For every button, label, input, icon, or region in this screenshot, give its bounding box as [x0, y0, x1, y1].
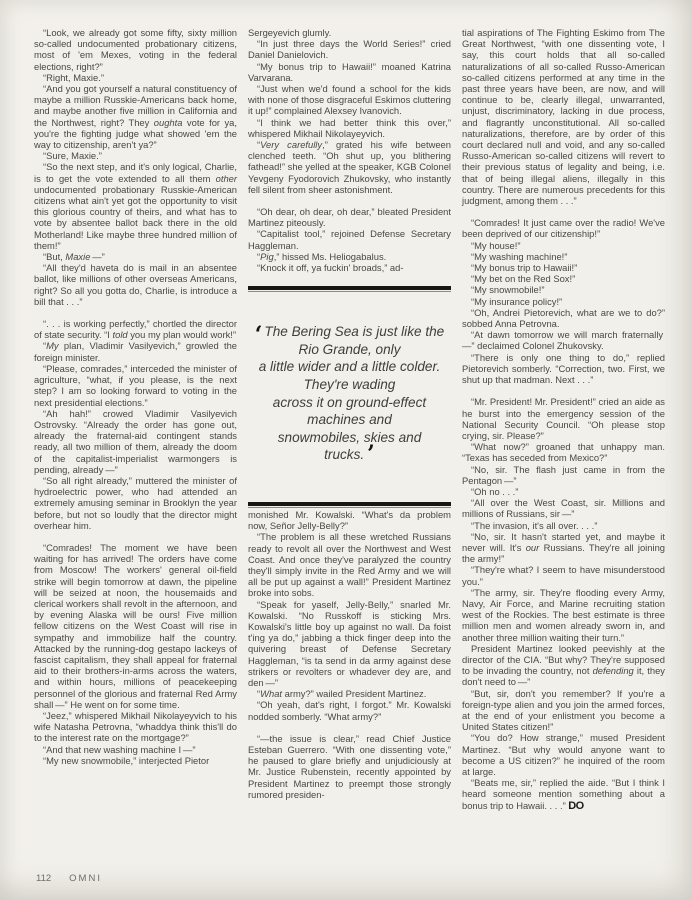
paragraph: “My house!”: [462, 240, 665, 251]
paragraph: “My bonus trip to Hawaii!”: [462, 262, 665, 273]
paragraph: “Mr. President! Mr. President!” cried an…: [462, 396, 665, 441]
left-column: “Look, we already got some fifty, sixty …: [34, 27, 237, 812]
pull-quote-line: across it on ground-effect: [250, 394, 449, 412]
paragraph: “My snowmobile!”: [462, 284, 665, 295]
paragraph: “My new snowmobile,” interjected Pietor: [34, 755, 237, 766]
paragraph: “Oh, Andrei Pietorevich, what are we to …: [462, 307, 665, 329]
paragraph: President Martinez looked peevishly at t…: [462, 643, 665, 688]
paragraph: “What now?” groaned that unhappy man. “T…: [462, 441, 665, 463]
magazine-name: OMNI: [69, 873, 102, 884]
paragraph: “And you got yourself a natural constitu…: [34, 83, 237, 150]
middle-column: Sergeyevich glumly.“In just three days t…: [248, 27, 451, 812]
paragraph: “I think we had better think this over,”…: [248, 117, 451, 139]
paragraph: “Knock it off, ya fuckin' broads,” ad-: [248, 262, 451, 273]
paragraph: “The problem is all these wretched Russi…: [248, 531, 451, 598]
paragraph: “Please, comrades,” interceded the minis…: [34, 363, 237, 408]
paragraph: “Look, we already got some fifty, sixty …: [34, 27, 237, 72]
paragraph: “My bet on the Red Sox!”: [462, 273, 665, 284]
paragraph: “Oh dear, oh dear, oh dear,” bleated Pre…: [248, 206, 451, 228]
pull-quote-line: ‘The Bering Sea is just like the: [250, 323, 449, 341]
paragraph: “In just three days the World Series!” c…: [248, 38, 451, 60]
paragraph: “Ah hah!” crowed Vladimir Vasilyevich Os…: [34, 408, 237, 475]
pull-quote-line: Rio Grande, only: [250, 341, 449, 359]
paragraph: “Sure, Maxie.”: [34, 150, 237, 161]
open-quote-icon: ‘: [255, 322, 263, 348]
paragraph: “They're what? I seem to have misunderst…: [462, 564, 665, 586]
paragraph: “My insurance policy!”: [462, 296, 665, 307]
middle-column-bottom-text: monished Mr. Kowalski. “What's da proble…: [248, 509, 451, 800]
paragraph: “So all right already,” muttered the min…: [34, 475, 237, 531]
paragraph: monished Mr. Kowalski. “What's da proble…: [248, 509, 451, 531]
paragraph: “Oh yeah, dat's right, I forgot.” Mr. Ko…: [248, 699, 451, 721]
right-column: tial aspirations of The Fighting Eskimo …: [462, 27, 665, 812]
paragraph: “Comrades! It just came over the radio! …: [462, 217, 665, 239]
paragraph: “Very carefully,” grated his wife betwee…: [248, 139, 451, 195]
paragraph: “There is only one thing to do,” replied…: [462, 352, 665, 386]
paragraph: “The army, sir. They're flooding every A…: [462, 587, 665, 643]
paragraph: “What army?” wailed President Martinez.: [248, 688, 451, 699]
paragraph: tial aspirations of The Fighting Eskimo …: [462, 27, 665, 206]
page-footer: 112 OMNI: [36, 873, 102, 884]
pull-quote: ‘The Bering Sea is just like theRio Gran…: [248, 293, 451, 502]
text-columns: “Look, we already got some fifty, sixty …: [0, 0, 692, 812]
pull-quote-line: a little wider and a little colder.: [250, 358, 449, 376]
paragraph: “All over the West Coast, sir. Millions …: [462, 497, 665, 519]
paragraph: “—the issue is clear,” read Chief Justic…: [248, 733, 451, 800]
paragraph: “The invasion, it's all over. . . .”: [462, 520, 665, 531]
paragraph: “But, Maxie —”: [34, 251, 237, 262]
paragraph: Sergeyevich glumly.: [248, 27, 451, 38]
close-quote-icon: ’: [367, 441, 375, 467]
paragraph: “. . . is working perfectly,” chortled t…: [34, 318, 237, 340]
paragraph: “Just when we'd found a school for the k…: [248, 83, 451, 117]
pull-quote-line: snowmobiles, skies and: [250, 429, 449, 447]
paragraph: “And that new washing machine I —”: [34, 744, 237, 755]
paragraph: “No, sir. The flash just came in from th…: [462, 464, 665, 486]
page-number: 112: [36, 873, 51, 884]
pull-quote-line: trucks.’: [250, 446, 449, 464]
paragraph: “Comrades! The moment we have been waiti…: [34, 542, 237, 710]
paragraph: “Right, Maxie.”: [34, 72, 237, 83]
magazine-page: “Look, we already got some fifty, sixty …: [0, 0, 692, 900]
paragraph: “No, sir. It hasn't started yet, and may…: [462, 531, 665, 565]
paragraph: “But, sir, don't you remember? If you're…: [462, 688, 665, 733]
paragraph: “At dawn tomorrow we will march fraterna…: [462, 329, 665, 351]
paragraph: “Speak for yaself, Jelly-Belly,” snarled…: [248, 599, 451, 689]
middle-column-top-text: Sergeyevich glumly.“In just three days t…: [248, 27, 451, 273]
pull-quote-rule-bottom: [248, 502, 451, 509]
paragraph: “My washing machine!”: [462, 251, 665, 262]
paragraph: “Pig,” hissed Ms. Heliogabalus.: [248, 251, 451, 262]
paragraph: “Beats me, sir,” replied the aide. “But …: [462, 777, 665, 812]
paragraph: “Jeez,” whispered Mikhail Nikolayeyvich …: [34, 710, 237, 744]
paragraph: “You do? How strange,” mused President M…: [462, 732, 665, 777]
paragraph: “My plan, Vladimir Vasilyevich,” growled…: [34, 340, 237, 362]
pull-quote-line: They're wading: [250, 376, 449, 394]
paragraph: “My bonus trip to Hawaii!” moaned Katrin…: [248, 61, 451, 83]
paragraph: “Capitalist tool,” rejoined Defense Secr…: [248, 228, 451, 250]
paragraph: “So the next step, and it's only logical…: [34, 161, 237, 251]
paragraph: “All they'd haveta do is mail in an abse…: [34, 262, 237, 307]
paragraph: “Oh no . . .”: [462, 486, 665, 497]
pull-quote-rule-top: [248, 286, 451, 293]
pull-quote-line: machines and: [250, 411, 449, 429]
